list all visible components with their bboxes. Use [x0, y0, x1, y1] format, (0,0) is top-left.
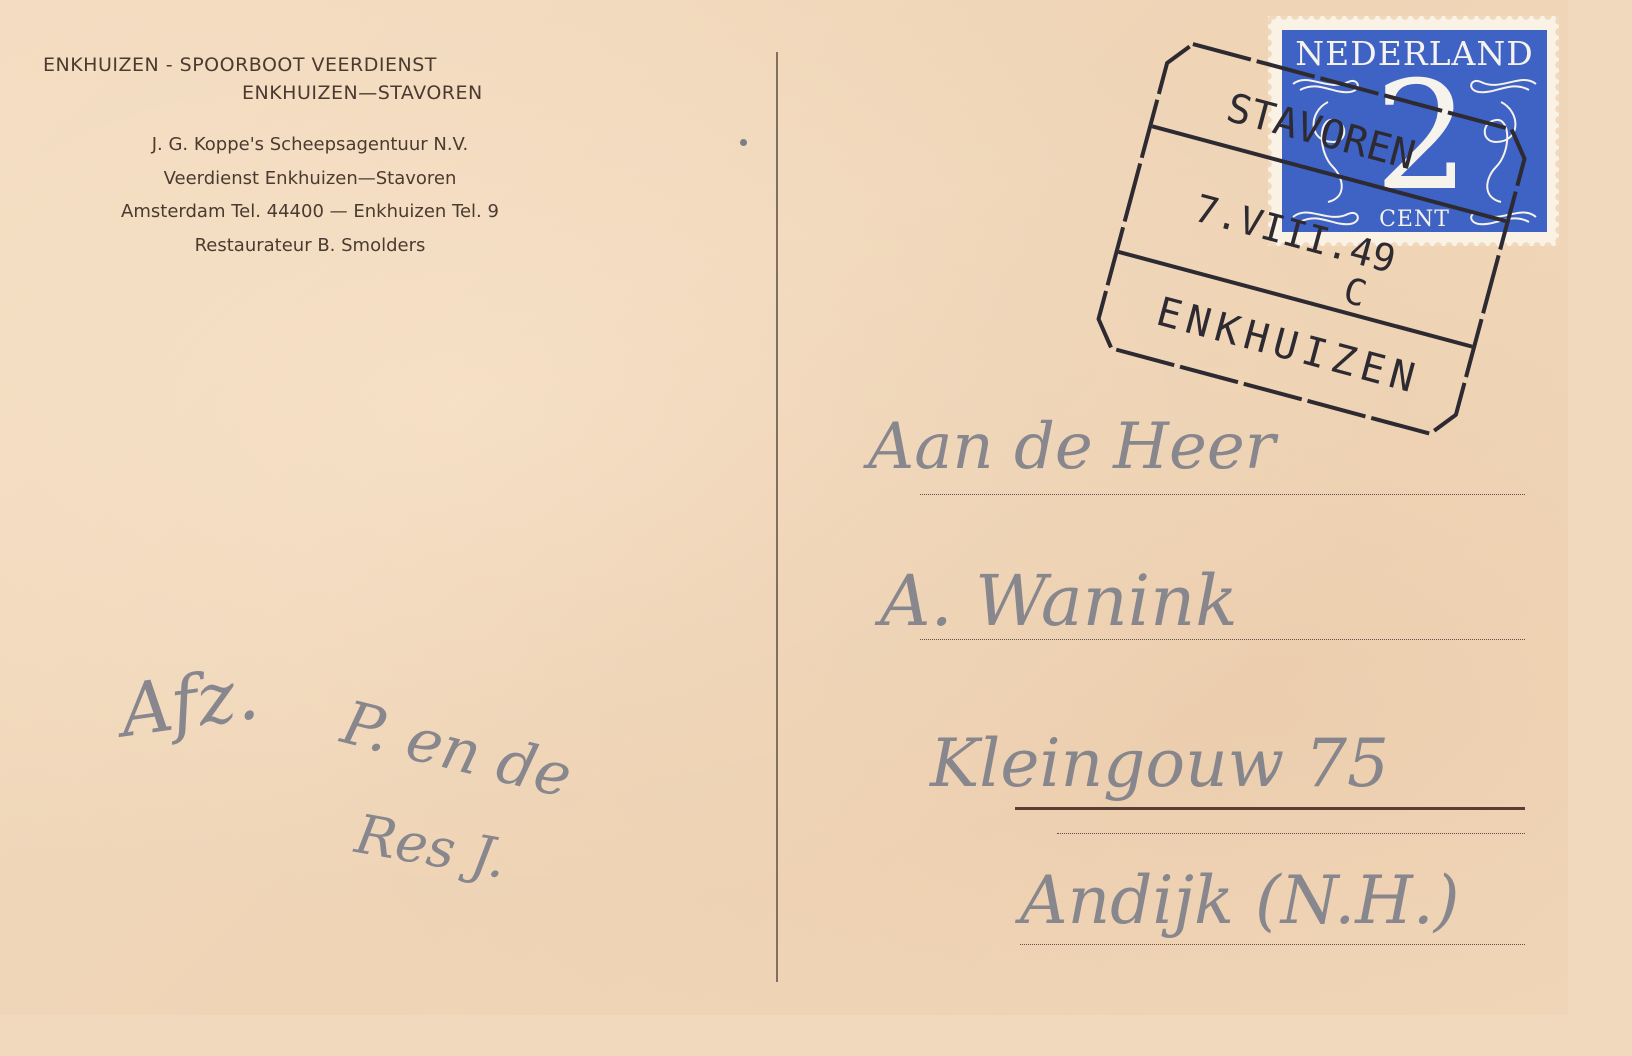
service-route: Veerdienst Enkhuizen—Stavoren [0, 168, 620, 189]
header-line-2: ENKHUIZEN—STAVOREN [242, 82, 483, 104]
center-divider [776, 52, 778, 982]
restaurateur: Restaurateur B. Smolders [0, 235, 620, 256]
stamp-face: NEDERLAND 2 CENT [1282, 30, 1547, 232]
header-line-1: ENKHUIZEN - SPOORBOOT VEERDIENST [43, 54, 437, 76]
sender-note-name: P. en de [335, 688, 578, 812]
address-salutation: Aan de Heer [868, 410, 1275, 484]
stamp-perforation-left [1263, 16, 1273, 246]
stamp-perforation-top [1268, 11, 1559, 21]
postage-stamp: NEDERLAND 2 CENT [1268, 16, 1559, 246]
sender-note-signature: Res J. [351, 802, 512, 890]
address-line-1 [920, 494, 1525, 496]
phone-numbers: Amsterdam Tel. 44400 — Enkhuizen Tel. 9 [0, 201, 620, 222]
flourish-right-icon [1461, 72, 1541, 232]
address-line-3-dotted [1057, 833, 1525, 835]
pencil-dot [740, 139, 747, 146]
stamp-perforation-bottom [1268, 241, 1559, 251]
address-line-3-rule [1015, 807, 1525, 810]
sender-note-afz: Afz. [115, 651, 264, 753]
address-name: A. Wanink [880, 560, 1238, 642]
postcard-back: ENKHUIZEN - SPOORBOOT VEERDIENST ENKHUIZ… [0, 0, 1568, 1015]
company-name: J. G. Koppe's Scheepsagentuur N.V. [0, 134, 620, 155]
stamp-perforation-right [1554, 16, 1564, 246]
postmark-code: C [1339, 270, 1371, 315]
address-line-4 [1020, 944, 1525, 946]
flourish-left-icon [1288, 72, 1368, 232]
address-street: Kleingouw 75 [930, 725, 1389, 802]
stamp-value: 2 [1372, 62, 1472, 212]
postmark-bottom-text: ENKHUIZEN [1152, 289, 1425, 404]
address-city: Andijk (N.H.) [1020, 862, 1460, 939]
